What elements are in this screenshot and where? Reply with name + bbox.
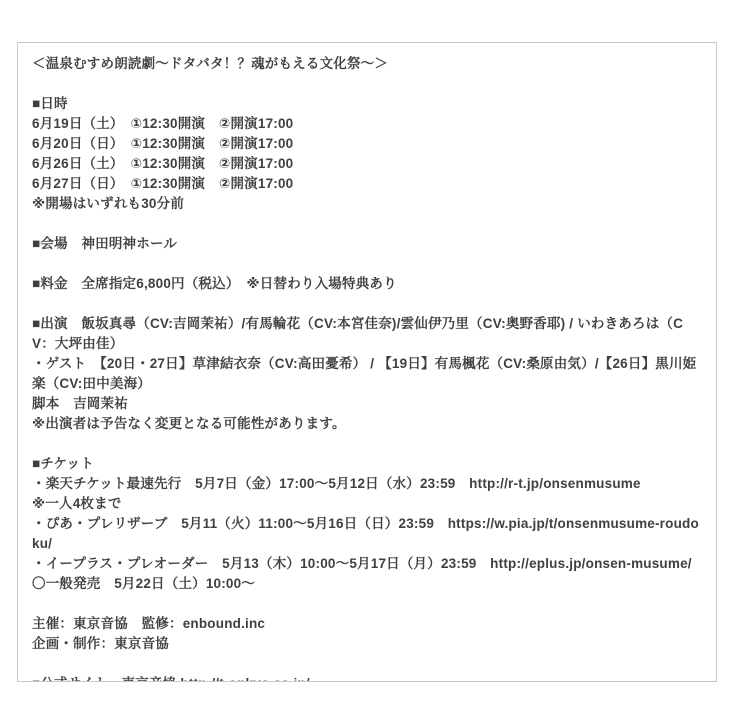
cast-guest-line: ・ゲスト 【20日・27日】草津結衣奈（CV:高田憂希） / 【19日】有馬楓花… <box>32 354 702 394</box>
spacer <box>32 294 702 314</box>
spacer <box>32 654 702 674</box>
ticket-limit-note: ※一人4枚まで <box>32 494 702 514</box>
schedule-date-4: 6月27日（日） ①12:30開演 ②開演17:00 <box>32 174 702 194</box>
spacer <box>32 254 702 274</box>
event-title: ＜温泉むすめ朗読劇～ドタバタ！？魂がもえる文化祭～＞ <box>32 54 702 74</box>
spacer <box>32 594 702 614</box>
venue-line: ■会場 神田明神ホール <box>32 234 702 254</box>
cast-change-note: ※出演者は予告なく変更となる可能性があります。 <box>32 414 702 434</box>
official-site-line: ■公式サイト 東京音協 http://t-onkyo.co.jp/ <box>32 674 702 682</box>
spacer <box>32 434 702 454</box>
price-line: ■料金 全席指定6,800円（税込） ※日替わり入場特典あり <box>32 274 702 294</box>
credits-organizer-line: 主催：東京音協 監修：enbound.inc <box>32 614 702 634</box>
schedule-doors-note: ※開場はいずれも30分前 <box>32 194 702 214</box>
spacer <box>32 74 702 94</box>
credits-production-line: 企画・制作：東京音協 <box>32 634 702 654</box>
cast-main-line: ■出演 飯坂真尋（CV:吉岡茉祐）/有馬輪花（CV:本宮佳奈)/雲仙伊乃里（CV… <box>32 314 702 354</box>
ticket-general-sale-line: 〇一般発売 5月22日（土）10:00～ <box>32 574 702 594</box>
ticket-eplus-line: ・イープラス・プレオーダー 5月13（木）10:00～5月17日（月）23:59… <box>32 554 702 574</box>
tickets-heading: ■チケット <box>32 454 702 474</box>
schedule-date-1: 6月19日（土） ①12:30開演 ②開演17:00 <box>32 114 702 134</box>
script-writer-line: 脚本 吉岡茉祐 <box>32 394 702 414</box>
spacer <box>32 214 702 234</box>
schedule-date-3: 6月26日（土） ①12:30開演 ②開演17:00 <box>32 154 702 174</box>
schedule-heading: ■日時 <box>32 94 702 114</box>
schedule-date-2: 6月20日（日） ①12:30開演 ②開演17:00 <box>32 134 702 154</box>
ticket-pia-line: ・ぴあ・プレリザーブ 5月11（火）11:00～5月16日（日）23:59 ht… <box>32 514 702 554</box>
event-announcement-card: ＜温泉むすめ朗読劇～ドタバタ！？魂がもえる文化祭～＞ ■日時 6月19日（土） … <box>17 42 717 682</box>
ticket-rakuten-line: ・楽天チケット最速先行 5月7日（金）17:00～5月12日（水）23:59 h… <box>32 474 702 494</box>
